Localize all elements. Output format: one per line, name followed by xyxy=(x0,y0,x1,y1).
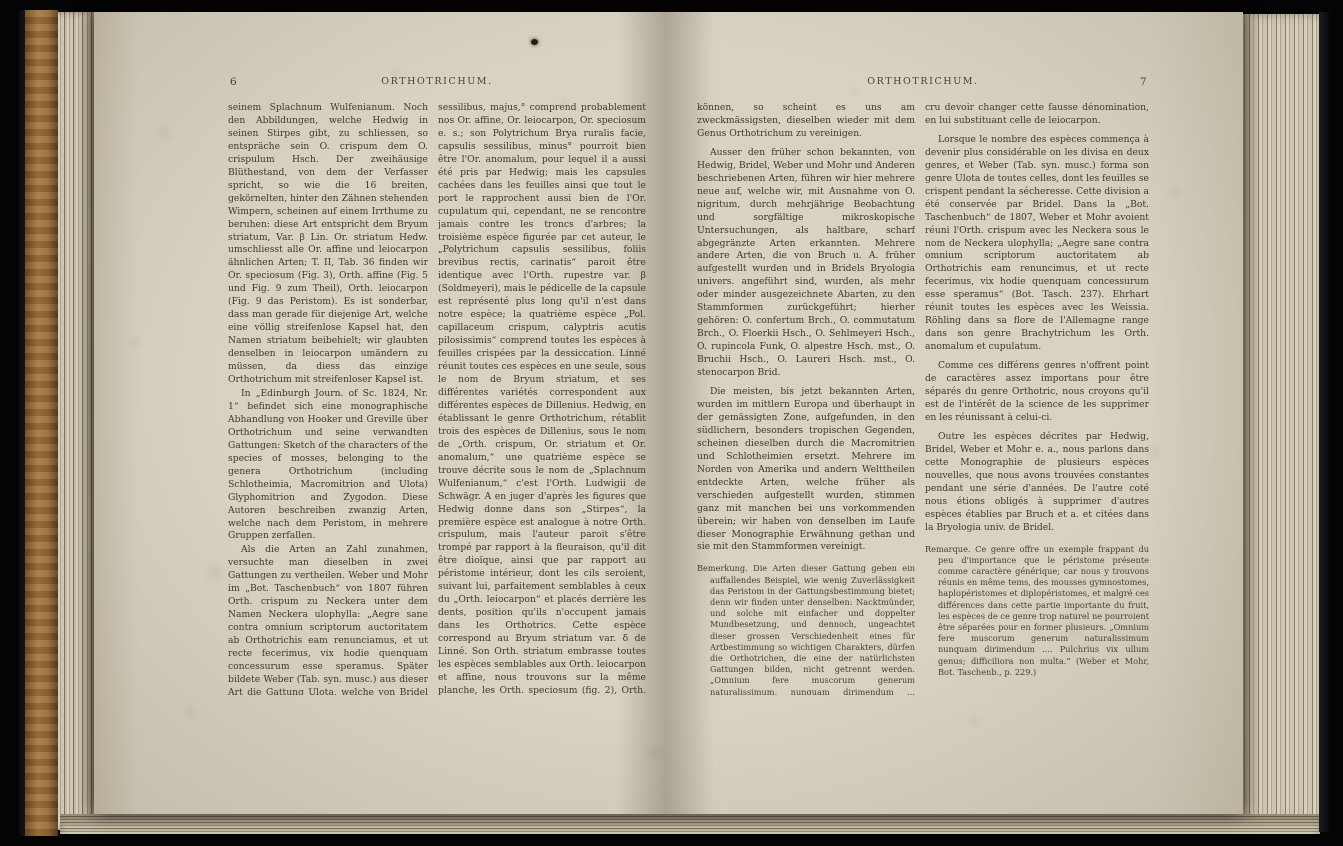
paragraph: seinem Splachnum Wulfenianum. Noch den A… xyxy=(228,102,428,387)
paragraph: In „Edinburgh Journ. of Sc. 1824, Nr. 1“… xyxy=(228,388,428,543)
paragraph: sessilibus, majus,° comprend probablemen… xyxy=(438,102,646,695)
page-edges-bottom xyxy=(60,814,1320,834)
paragraph: cru devoir changer cette fausse dénomina… xyxy=(925,102,1149,128)
gutter-shadow xyxy=(618,12,714,814)
paragraph: Als die Arten an Zahl zunahmen, versucht… xyxy=(228,544,428,695)
text-column: können, so scheint es uns am zweckmässig… xyxy=(697,102,915,695)
left-page-columns: seinem Splachnum Wulfenianum. Noch den A… xyxy=(228,102,646,695)
paragraph: Bemerkung. Die Arten dieser Gattung gebe… xyxy=(697,563,915,695)
left-page-header: 6 ORTHOTRICHUM. xyxy=(228,72,646,102)
running-head: ORTHOTRICHUM. xyxy=(697,76,1149,87)
text-column: cru devoir changer cette fausse dénomina… xyxy=(925,102,1149,695)
paragraph: Remarque. Ce genre offre un exemple frap… xyxy=(925,544,1149,678)
right-page-header: ORTHOTRICHUM. 7 xyxy=(697,72,1149,102)
page-number: 7 xyxy=(1140,76,1147,88)
page-spread: 6 ORTHOTRICHUM. seinem Splachnum Wulfeni… xyxy=(94,12,1243,814)
page-edges-left xyxy=(58,12,94,830)
text-column: seinem Splachnum Wulfenianum. Noch den A… xyxy=(228,102,428,695)
paragraph: Outre les espèces décrites par Hedwig, B… xyxy=(925,431,1149,535)
page-edges-right xyxy=(1241,14,1319,826)
open-book: 6 ORTHOTRICHUM. seinem Splachnum Wulfeni… xyxy=(18,10,1330,836)
paragraph: Ausser den früher schon bekannten, von H… xyxy=(697,147,915,380)
running-head: ORTHOTRICHUM. xyxy=(228,76,646,87)
book-cover-edge-right xyxy=(1319,12,1330,832)
book-scan-photo: 6 ORTHOTRICHUM. seinem Splachnum Wulfeni… xyxy=(0,0,1343,846)
right-page-textblock: ORTHOTRICHUM. 7 können, so scheint es un… xyxy=(697,72,1149,695)
right-page-columns: können, so scheint es uns am zweckmässig… xyxy=(697,102,1149,695)
paragraph: können, so scheint es uns am zweckmässig… xyxy=(697,102,915,141)
left-page-textblock: 6 ORTHOTRICHUM. seinem Splachnum Wulfeni… xyxy=(228,72,646,695)
book-spine-leather xyxy=(25,10,58,836)
left-page: 6 ORTHOTRICHUM. seinem Splachnum Wulfeni… xyxy=(94,12,663,814)
paragraph: Lorsque le nombre des espèces commença à… xyxy=(925,134,1149,354)
right-page: ORTHOTRICHUM. 7 können, so scheint es un… xyxy=(663,12,1243,814)
text-column: sessilibus, majus,° comprend probablemen… xyxy=(438,102,646,695)
paragraph: Comme ces différens genres n'offrent poi… xyxy=(925,360,1149,425)
paragraph: Die meisten, bis jetzt bekannten Arten, … xyxy=(697,386,915,554)
